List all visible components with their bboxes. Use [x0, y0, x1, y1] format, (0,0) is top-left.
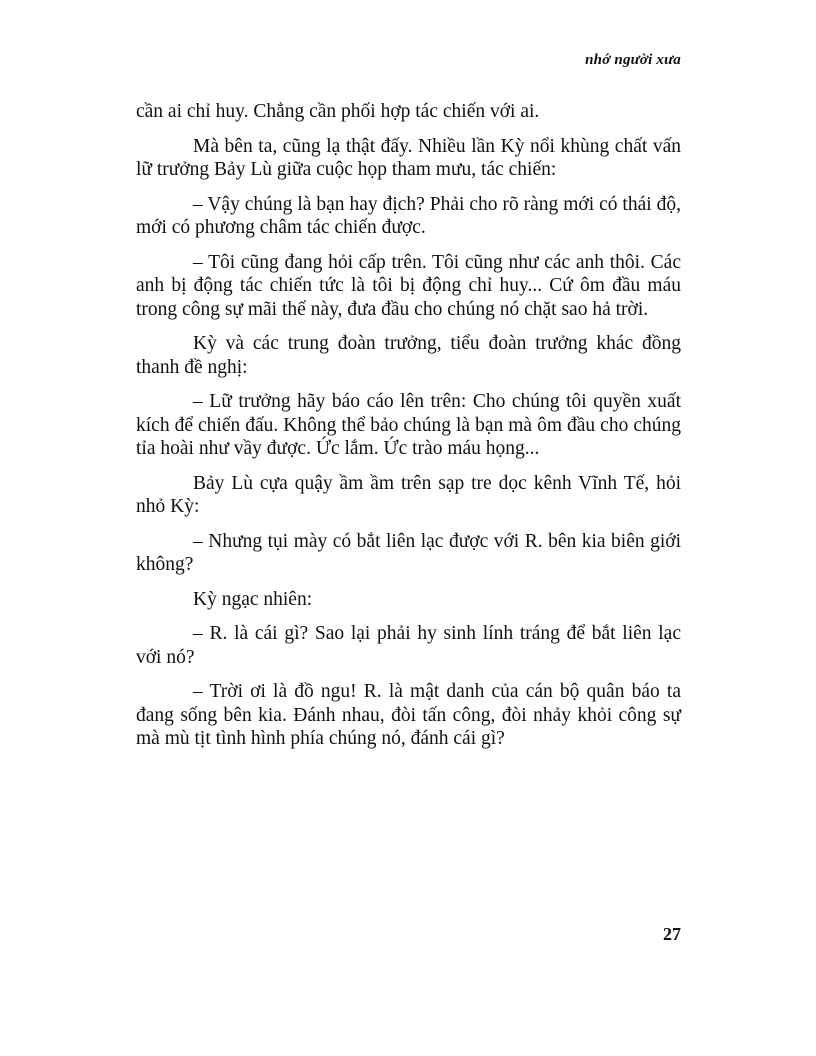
body-text: cần ai chỉ huy. Chẳng cần phối hợp tác c…: [136, 100, 681, 762]
dialogue-paragraph: – Nhưng tụi mày có bắt liên lạc được với…: [136, 530, 681, 577]
paragraph: Bảy Lù cựa quậy ầm ầm trên sạp tre dọc k…: [136, 472, 681, 519]
dialogue-paragraph: – Lữ trưởng hãy báo cáo lên trên: Cho ch…: [136, 390, 681, 461]
paragraph: Mà bên ta, cũng lạ thật đấy. Nhiều lần K…: [136, 135, 681, 182]
paragraph: cần ai chỉ huy. Chẳng cần phối hợp tác c…: [136, 100, 681, 124]
paragraph: Kỳ ngạc nhiên:: [136, 588, 681, 612]
book-page: nhớ người xưa cần ai chỉ huy. Chẳng cần …: [136, 0, 681, 1056]
paragraph: Kỳ và các trung đoàn trưởng, tiểu đoàn t…: [136, 332, 681, 379]
running-header: nhớ người xưa: [585, 52, 681, 69]
dialogue-paragraph: – R. là cái gì? Sao lại phải hy sinh lín…: [136, 622, 681, 669]
dialogue-paragraph: – Trời ơi là đồ ngu! R. là mật danh của …: [136, 680, 681, 751]
page-number: 27: [663, 924, 681, 945]
dialogue-paragraph: – Tôi cũng đang hỏi cấp trên. Tôi cũng n…: [136, 251, 681, 322]
dialogue-paragraph: – Vậy chúng là bạn hay địch? Phải cho rõ…: [136, 193, 681, 240]
